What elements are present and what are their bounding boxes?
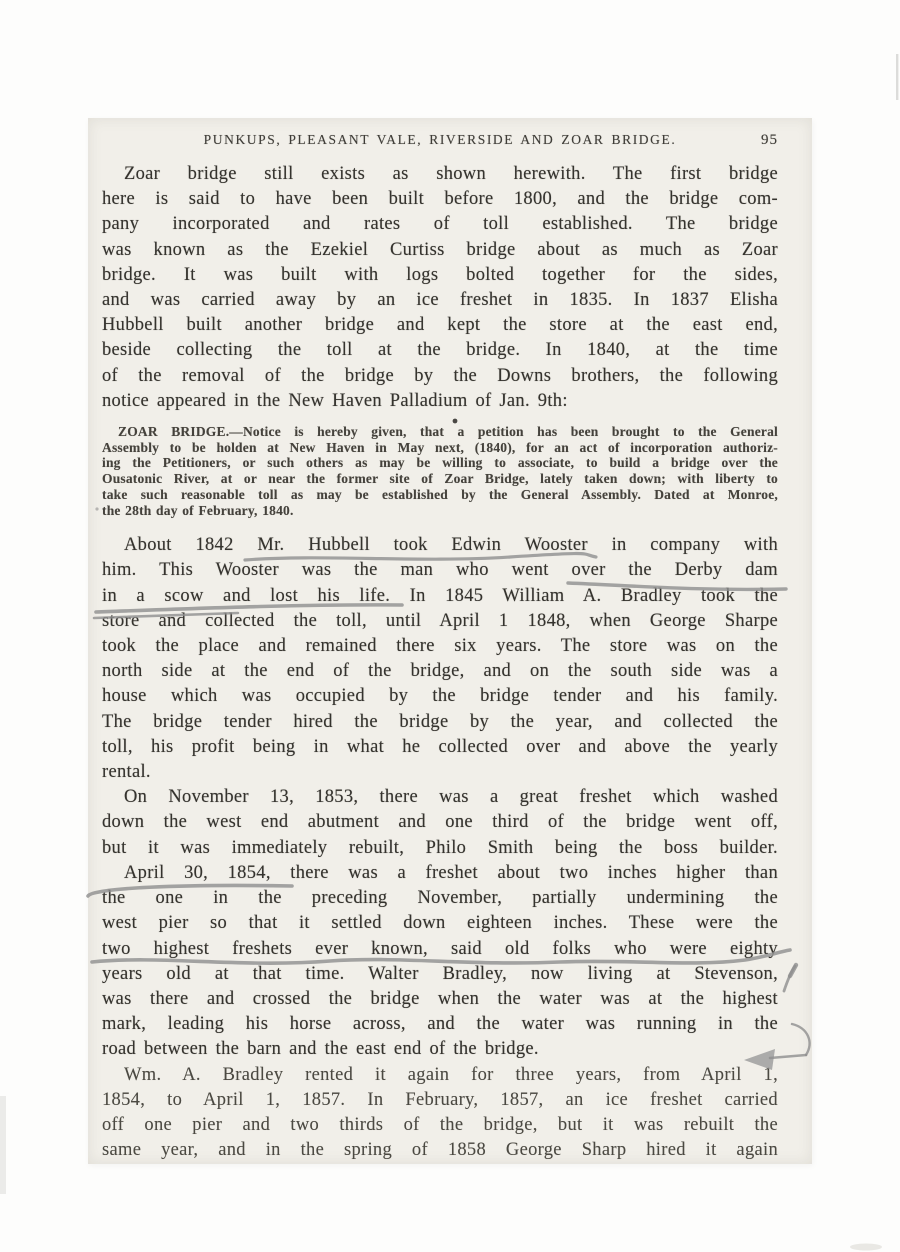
text-line: 1854, to April 1, 1857. In February, 185… [102, 1088, 778, 1113]
page-title: PUNKUPS, PLEASANT VALE, RIVERSIDE AND ZO… [204, 132, 677, 147]
text-line: store and collected the toll, until Apri… [102, 609, 778, 634]
text-line: and was carried away by an ice freshet i… [102, 288, 778, 313]
paragraph-april-1854-freshet: April 30, 1854, there was a freshet abou… [102, 861, 778, 1063]
text-line: The bridge tender hired the bridge by th… [102, 710, 778, 735]
text-line: same year, and in the spring of 1858 Geo… [102, 1138, 778, 1163]
scan-edge-sliver [0, 1096, 6, 1194]
text-line: him. This Wooster was the man who went o… [102, 558, 778, 583]
paragraph-newspaper-notice: ZOAR BRIDGE.—Notice is hereby given, tha… [102, 424, 778, 518]
text-line: take such reasonable toll as may be esta… [102, 487, 778, 503]
text-line: two highest freshets ever known, said ol… [102, 937, 778, 962]
text-line: rental. [102, 760, 778, 785]
text-line: Assembly to be holden at New Haven in Ma… [102, 440, 778, 456]
text-line: Zoar bridge still exists as shown herewi… [102, 162, 778, 187]
text-line: was there and crossed the bridge when th… [102, 987, 778, 1012]
paragraph-november-1853-freshet: On November 13, 1853, there was a great … [102, 785, 778, 861]
text-line: down the west end abutment and one third… [102, 810, 778, 835]
text-line: years old at that time. Walter Bradley, … [102, 962, 778, 987]
scan-edge-line [896, 54, 898, 100]
text-line: Wm. A. Bradley rented it again for three… [102, 1063, 778, 1088]
text-line: road between the barn and the east end o… [102, 1037, 778, 1062]
text-line: west pier so that it settled down eighte… [102, 911, 778, 936]
scanned-book-page-screenshot: { "page": { "header": { "title": "PUNKUP… [0, 0, 900, 1252]
running-header: PUNKUPS, PLEASANT VALE, RIVERSIDE AND ZO… [102, 130, 778, 150]
text-line: April 30, 1854, there was a freshet abou… [102, 861, 778, 886]
text-line: the 28th day of February, 1840. [102, 503, 778, 519]
text-line: off one pier and two thirds of the bridg… [102, 1113, 778, 1138]
text-line: mark, leading his horse across, and the … [102, 1012, 778, 1037]
scan-smudge [850, 1244, 882, 1251]
text-line: here is said to have been built before 1… [102, 187, 778, 212]
text-line: bridge. It was built with logs bolted to… [102, 263, 778, 288]
text-line: in a scow and lost his life. In 1845 Wil… [102, 584, 778, 609]
text-line: Ousatonic River, at or near the former s… [102, 471, 778, 487]
text-line: house which was occupied by the bridge t… [102, 684, 778, 709]
text-line: was known as the Ezekiel Curtiss bridge … [102, 238, 778, 263]
text-line: toll, his profit being in what he collec… [102, 735, 778, 760]
book-page: PUNKUPS, PLEASANT VALE, RIVERSIDE AND ZO… [88, 118, 812, 1164]
page-number: 95 [761, 130, 778, 150]
text-column: PUNKUPS, PLEASANT VALE, RIVERSIDE AND ZO… [88, 118, 812, 1163]
text-line: beside collecting the toll at the bridge… [102, 338, 778, 363]
text-line: Hubbell built another bridge and kept th… [102, 313, 778, 338]
text-line: pany incorporated and rates of toll esta… [102, 212, 778, 237]
text-line: ZOAR BRIDGE.—Notice is hereby given, tha… [102, 424, 778, 440]
paragraph-zoar-bridge-history: Zoar bridge still exists as shown herewi… [102, 162, 778, 414]
text-line: the one in the preceding November, parti… [102, 886, 778, 911]
text-line: On November 13, 1853, there was a great … [102, 785, 778, 810]
paragraph-hubbell-wooster: About 1842 Mr. Hubbell took Edwin Wooste… [102, 533, 778, 785]
text-line: notice appeared in the New Haven Palladi… [102, 389, 778, 414]
text-line: About 1842 Mr. Hubbell took Edwin Wooste… [102, 533, 778, 558]
text-line: took the place and remained there six ye… [102, 634, 778, 659]
text-line: of the removal of the bridge by the Down… [102, 364, 778, 389]
text-line: north side at the end of the bridge, and… [102, 659, 778, 684]
paragraph-bradley-rental-1854: Wm. A. Bradley rented it again for three… [102, 1063, 778, 1164]
page-body-text: Zoar bridge still exists as shown herewi… [102, 162, 778, 1163]
text-line: but it was immediately rebuilt, Philo Sm… [102, 836, 778, 861]
text-line: ing the Petitioners, or such others as m… [102, 455, 778, 471]
